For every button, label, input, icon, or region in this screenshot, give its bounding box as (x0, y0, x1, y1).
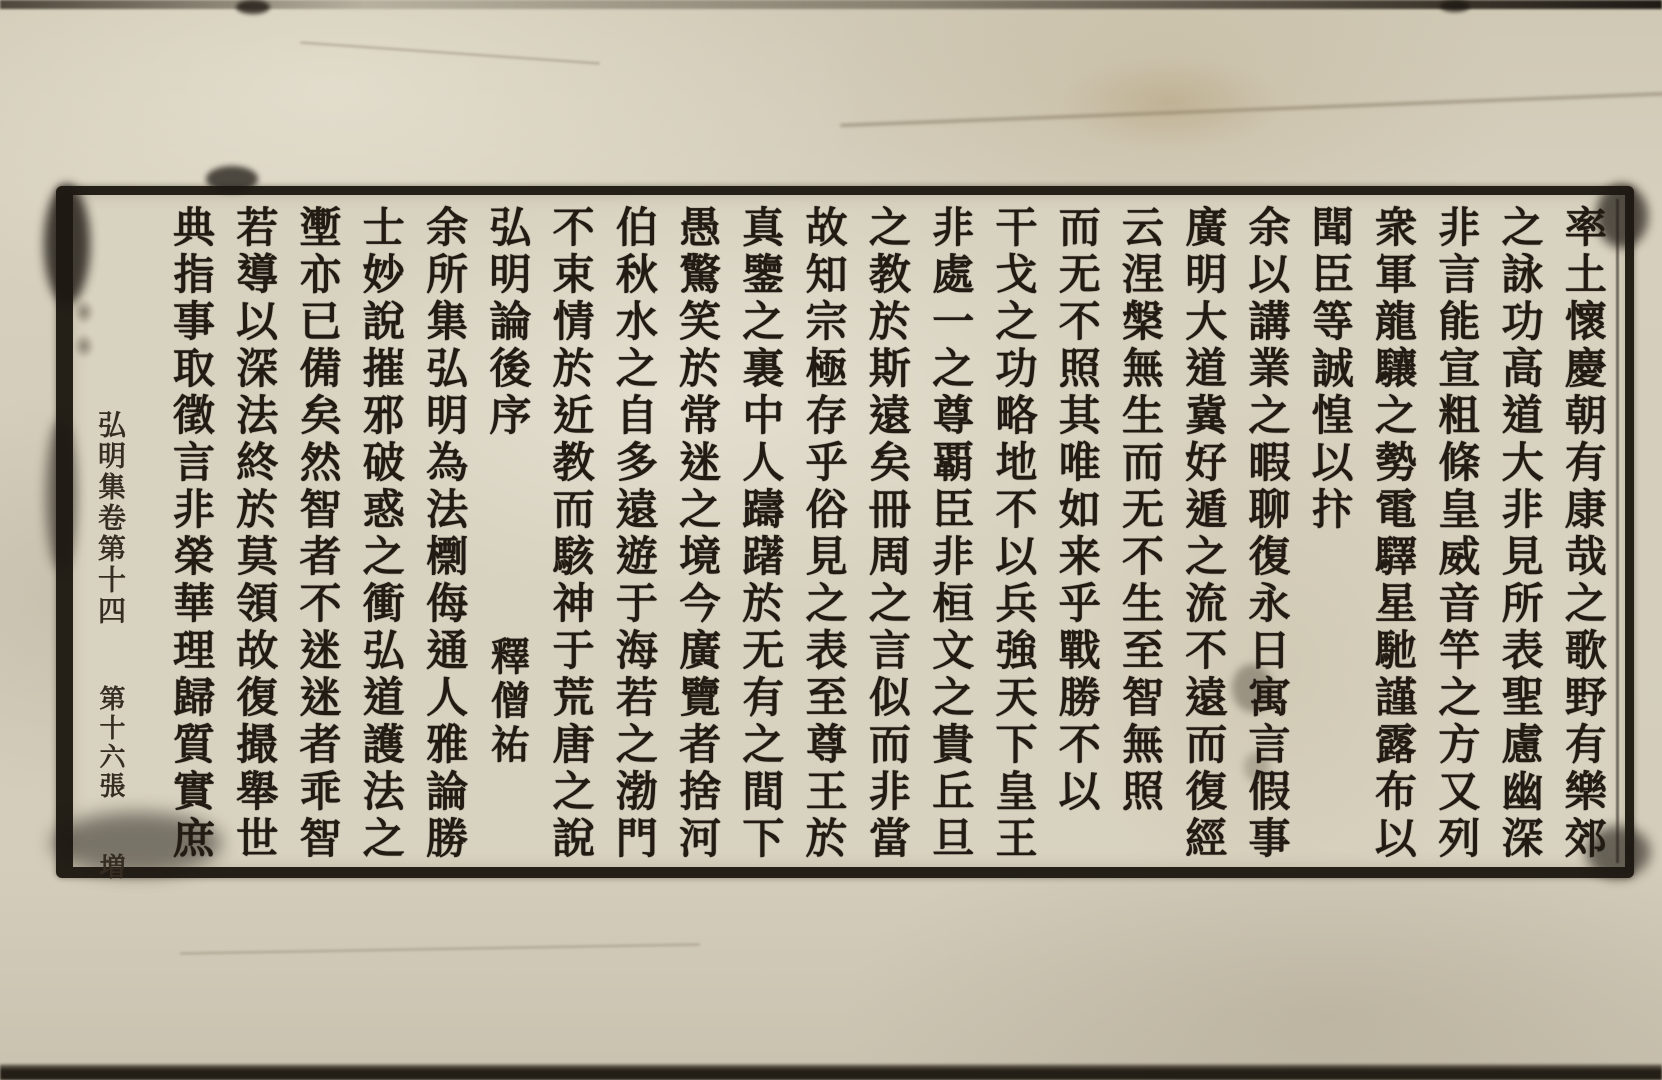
text-column-17: 不束情於近教而駭神于荒唐之說 (542, 205, 600, 861)
text-column-10: 干戈之功略地不以兵強天下皇王 (984, 205, 1042, 861)
paper-stain (1060, 58, 1280, 148)
text-column-4: 衆軍龍驤之勢電驛星馳謹露布以 (1364, 205, 1422, 861)
text-column-14: 真鑒之裏中人躊躇於无有之間下 (731, 205, 789, 861)
text-column-2: 之詠功高道大非見所表聖慮幽深 (1491, 205, 1549, 861)
text-column-3: 非言能宣粗條皇威音竿之方又列 (1427, 205, 1485, 861)
text-column-11: 非處一之尊覇臣非桓文之貴丘旦 (921, 205, 979, 861)
text-column-21: 壍亦已備矣然智者不迷迷者乖智 (289, 205, 347, 861)
section-title: 弘明論後序 (483, 205, 532, 440)
paper-crease (300, 42, 599, 65)
paper-crease (180, 943, 700, 954)
text-column-9: 而无不照其唯如来乎戰勝不以 (1048, 205, 1106, 861)
text-column-19: 余所集弘明為法檦侮通人雅論勝 (415, 205, 473, 861)
collation-mark: 増 (95, 853, 125, 882)
text-column-1: 率土懷慶朝有康哉之歌野有樂郊 (1554, 205, 1612, 861)
section-title-column: 弘明論後序 釋僧祐 (478, 205, 536, 861)
margin-column: 弘明集卷第十四 第十六張 増 (90, 410, 130, 882)
scan-edge-top (0, 0, 1662, 9)
text-column-5: 聞臣等誠惶以抃 (1301, 205, 1359, 861)
text-column-6: 余以講業之暇聊復永日寓言假事 (1238, 205, 1296, 861)
text-column-7: 廣明大道冀好遁之流不遠而復經 (1174, 205, 1232, 861)
author-name: 釋僧祐 (484, 636, 530, 768)
text-column-22: 若導以深法終於莫領故復撮舉世 (225, 205, 283, 861)
text-column-23: 典指事取徵言非榮華理歸質實庶 (162, 205, 220, 861)
scan-edge-bottom (0, 1063, 1662, 1080)
text-column-8: 云涅槃無生而无不生至智無照 (1111, 205, 1169, 861)
text-column-20: 士妙說摧邪破惑之衝弘道護法之 (352, 205, 410, 861)
scanned-page: 率土懷慶朝有康哉之歌野有樂郊 之詠功高道大非見所表聖慮幽深 非言能宣粗條皇威音竿… (0, 0, 1662, 1080)
text-column-12: 之教於斯遠矣冊周之言似而非當 (858, 205, 916, 861)
text-column-13: 故知宗極存乎俗見之表至尊王於 (795, 205, 853, 861)
sheet-marker: 第十六張 (95, 685, 125, 801)
text-column-16: 伯秋水之自多遠遊于海若之渤門 (605, 205, 663, 861)
text-column-15: 愚驚笑於常迷之境今廣覽者捨河 (668, 205, 726, 861)
volume-marker: 弘明集卷第十四 (94, 410, 127, 627)
main-text-block: 率土懷慶朝有康哉之歌野有樂郊 之詠功高道大非見所表聖慮幽深 非言能宣粗條皇威音竿… (162, 205, 1612, 861)
